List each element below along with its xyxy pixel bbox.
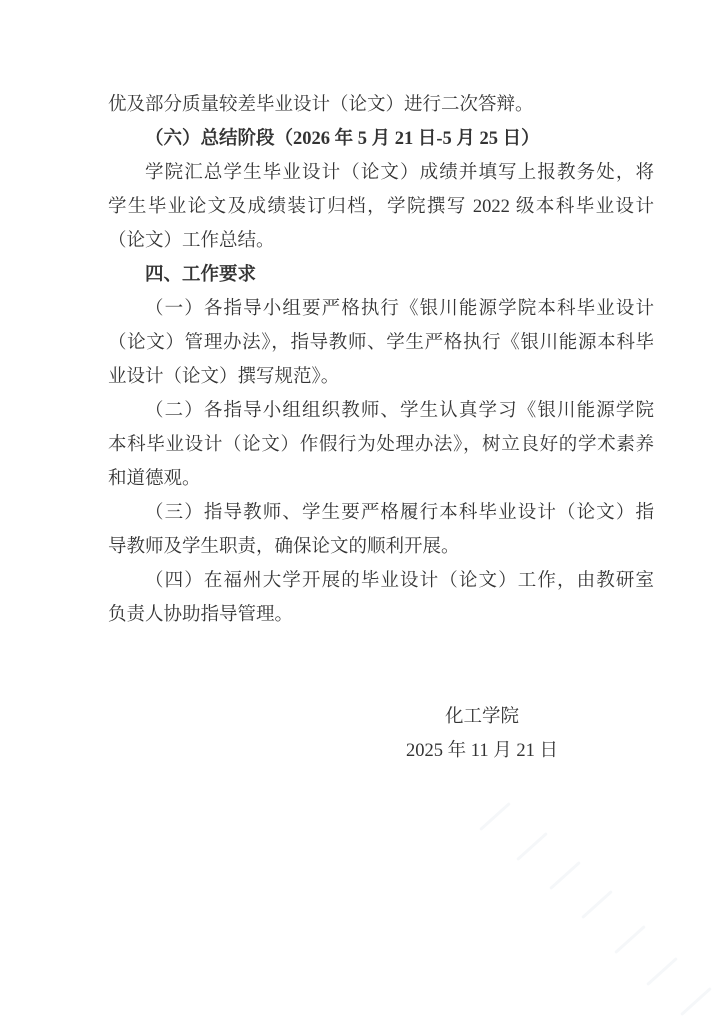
- scan-artifact: [479, 802, 511, 831]
- paragraph-line: （三）指导教师、学生要严格履行本科毕业设计（论文）指: [108, 496, 654, 530]
- paragraph-line: （二）各指导小组组织教师、学生认真学习《银川能源学院: [108, 394, 654, 428]
- paragraph-line: 负责人协助指导管理。: [108, 598, 654, 632]
- paragraph-line: 学生毕业论文及成绩装订归档，学院撰写 2022 级本科毕业设计: [108, 190, 654, 224]
- section-heading-work-requirements: 四、工作要求: [108, 258, 654, 292]
- paragraph-line: 本科毕业设计（论文）作假行为处理办法》，树立良好的学术素养: [108, 428, 654, 462]
- scan-artifact: [516, 832, 548, 861]
- scan-artifact: [581, 890, 613, 919]
- scan-artifact: [680, 987, 712, 1016]
- scan-artifact: [614, 925, 646, 954]
- scan-artifact: [646, 957, 678, 986]
- paragraph-line: 导教师及学生职责，确保论文的顺利开展。: [108, 530, 654, 564]
- paragraph-continuation-line: 优及部分质量较差毕业设计（论文）进行二次答辩。: [108, 88, 654, 122]
- paragraph-line: （一）各指导小组要严格执行《银川能源学院本科毕业设计: [108, 292, 654, 326]
- scan-artifact: [549, 861, 581, 890]
- paragraph-line: （四）在福州大学开展的毕业设计（论文）工作，由教研室: [108, 564, 654, 598]
- signature-date: 2025 年 11 月 21 日: [342, 734, 622, 768]
- section-heading-stage-six: （六）总结阶段（2026 年 5 月 21 日-5 月 25 日）: [108, 122, 654, 156]
- document-page: 优及部分质量较差毕业设计（论文）进行二次答辩。 （六）总结阶段（2026 年 5…: [0, 0, 720, 1018]
- paragraph-line: 学院汇总学生毕业设计（论文）成绩并填写上报教务处，将: [108, 156, 654, 190]
- paragraph-line: （论文）工作总结。: [108, 224, 654, 258]
- document-body: 优及部分质量较差毕业设计（论文）进行二次答辩。 （六）总结阶段（2026 年 5…: [108, 88, 654, 768]
- paragraph-line: 和道德观。: [108, 462, 654, 496]
- signature-organization: 化工学院: [342, 700, 622, 734]
- paragraph-line: 业设计（论文）撰写规范》。: [108, 360, 654, 394]
- signature-block: 化工学院 2025 年 11 月 21 日: [342, 700, 622, 768]
- paragraph-line: （论文）管理办法》，指导教师、学生严格执行《银川能源本科毕: [108, 326, 654, 360]
